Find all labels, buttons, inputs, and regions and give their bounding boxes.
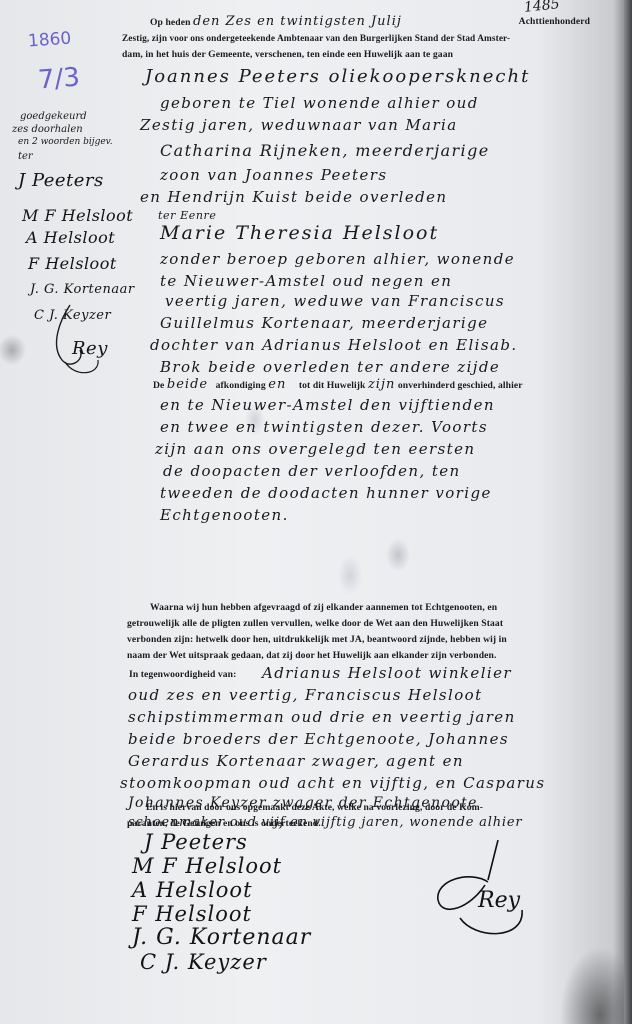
groom-line-2: geboren te Tiel wonende alhier oud [160,92,479,114]
bride-line-6: dochter van Adrianus Helsloot en Elisab. [150,334,517,356]
signature-bride: M F Helsloot [132,854,311,878]
intro-line-3: dam, in het huis der Gemeente, verschene… [122,47,592,64]
ter-eenre: ter Eenre [158,208,216,223]
bride-line-2: zonder beroep geboren alhier, wonende [160,248,515,270]
signature-witness-2: F Helsloot [132,902,311,926]
witness-line-1: Adrianus Helsloot winkelier [262,662,512,684]
proclamation-line-2: en twee en twintigsten dezer. Voorts [160,416,488,438]
official-signature-text: Rey [478,888,520,913]
margin-note-line-4: ter [18,150,33,163]
margin-signature-witness-2: F Helsloot [28,254,117,273]
marriage-date-handwritten: den Zes en twintigsten Julij [193,14,402,29]
bride-line-7: Brok beide overleden ter andere zijde [160,356,500,378]
vows-line-1: Waarna wij hun hebben afgevraagd of zij … [150,600,497,617]
official-signature: Rey [430,840,540,950]
margin-signature-witness-1: A Helsloot [26,228,115,247]
margin-signature-bride: M F Helsloot [22,206,133,225]
margin-signature-groom: J Peeters [18,170,104,191]
proclamation-printed-line: De beide afkondiging en tot dit Huwelijk… [153,377,593,395]
margin-note-line-2: zes doorhalen [12,123,83,136]
witnesses-label: In tegenwoordigheid van: [129,667,236,684]
groom-line-1: Joannes Peeters oliekoopersknecht [145,66,530,88]
page-edge-shadow [624,0,632,1024]
vows-line-2: getrouwelijk alle de pligten zullen verv… [127,616,503,633]
witness-line-6: stoomkoopman oud acht en vijftig, en Cas… [120,772,545,794]
margin-note-line-1: goedgekeurd [20,110,87,123]
document-page: 1485 1860 7/3 Op heden den Zes en twinti… [0,0,632,1024]
proclamation-line-5: tweeden de doodacten hunner vorige [160,482,492,504]
witness-line-2: oud zes en veertig, Franciscus Helsloot [128,684,483,706]
margin-note-line-3: en 2 woorden bijgev. [18,136,113,149]
proclamation-line-6: Echtgenooten. [160,504,289,526]
groom-line-6: en Hendrijn Kuist beide overleden [140,186,448,208]
groom-line-3: Zestig jaren, weduwnaar van Maria [140,114,458,136]
witness-line-5: Gerardus Kortenaar zwager, agent en [128,750,464,772]
bride-line-5: Guillelmus Kortenaar, meerderjarige [160,312,488,334]
signature-block: J Peeters M F Helsloot A Helsloot F Hels… [132,830,311,974]
signature-witness-1: A Helsloot [132,878,311,902]
bride-line-3: te Nieuwer-Amstel oud negen en [160,270,452,292]
signature-witness-4: C J. Keyzer [140,950,311,974]
margin-signature-witness-3: J. G. Kortenaar [30,282,135,297]
proclamation-line-3: zijn aan ons overgelegd ten eersten [155,438,475,460]
pencil-year-note: 1860 [27,29,72,52]
bride-line-4: veertig jaren, weduwe van Franciscus [165,290,505,312]
margin-flourish-icon [40,300,110,380]
signature-witness-3: J. G. Kortenaar [132,926,311,950]
closing-line-1: En is hiervan door ons opgemaakt deze Ak… [146,800,483,817]
vows-line-3: verbonden zijn: hetwelk door hen, uitdru… [127,632,507,649]
witness-line-4: beide broeders der Echtgenoote, Johannes [128,728,509,750]
bride-line-1: Marie Theresia Helsloot [160,222,439,244]
witness-line-3: schipstimmerman oud drie en veertig jare… [128,706,516,728]
signature-groom: J Peeters [144,830,311,854]
pencil-folio-note: 7/3 [37,63,81,96]
intro-line-1: Op heden den Zes en twintigsten Julij Ac… [150,14,590,32]
groom-line-4: Catharina Rijneken, meerderjarige [160,140,490,162]
groom-line-5: zoon van Joannes Peeters [160,164,387,186]
proclamation-line-1: en te Nieuwer-Amstel den vijftienden [160,394,495,416]
proclamation-line-4: de doopacten der verloofden, ten [163,460,461,482]
intro-line-2: Zestig, zijn voor ons ondergeteekende Am… [122,31,592,48]
